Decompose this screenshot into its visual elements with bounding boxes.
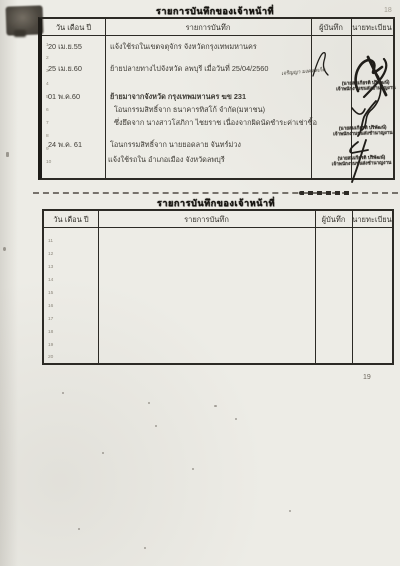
column-divider (98, 211, 99, 363)
document-title: รายการบันทึกของเจ้าหน้าที่ (40, 4, 390, 18)
entry-text: ซึ่งยึดจาก นางสาวโสภิกา ไชยราช เนื่องจาก… (114, 118, 317, 129)
scanned-document-page: รายการบันทึกของเจ้าหน้าที่ 18 วัน เดือน … (0, 0, 400, 566)
line-number: 12 (48, 252, 58, 257)
paper-speck (192, 468, 194, 470)
page-number-bottom: 19 (363, 374, 371, 381)
registrar-stamp: (นายสมเกียรติ ปริพัฒน์) เจ้าพนักงานขนส่ง… (336, 80, 396, 92)
registrar-stamp: (นายสมเกียรติ ปริพัฒน์) เจ้าพนักงานขนส่ง… (333, 125, 393, 137)
header-divider (42, 35, 393, 36)
line-number: 8 (46, 134, 56, 139)
line-number: 4 (46, 82, 56, 87)
paper-speck (102, 452, 104, 454)
paper-speck (155, 425, 157, 427)
entry-date: 20 เม.ย.55 (48, 42, 106, 53)
col-header-recorder: ผู้บันทึก (315, 214, 352, 226)
scan-artifact-notch (14, 30, 26, 37)
paper-speck (144, 547, 146, 549)
col-header-date: วัน เดือน ปี (42, 22, 105, 34)
line-number: 15 (48, 291, 58, 296)
line-number: 6 (46, 108, 56, 113)
page-number-top: 18 (384, 7, 392, 14)
entry-date: 25 เม.ย.60 (48, 64, 106, 75)
column-divider (352, 211, 353, 363)
line-number: 17 (48, 317, 58, 322)
paper-speck (148, 402, 150, 404)
line-number: 2 (46, 56, 56, 61)
col-header-recorder: ผู้บันทึก (311, 22, 351, 34)
entry-text: แจ้งใช้รถในเขตจตุจักร จังหวัดกรุงเทพมหาน… (110, 42, 257, 53)
col-header-record: รายการบันทึก (105, 22, 311, 34)
line-number: 10 (46, 160, 56, 165)
paper-speck (62, 392, 64, 394)
entry-text: แจ้งใช้รถใน อำเภอเมือง จังหวัดลพบุรี (108, 155, 225, 166)
line-number: 7 (46, 121, 56, 126)
dashed-separator-smudge (299, 191, 353, 195)
paper-speck (6, 152, 9, 157)
col-header-date: วัน เดือน ปี (44, 214, 98, 226)
line-number: 20 (48, 355, 58, 360)
col-header-record: รายการบันทึก (98, 214, 315, 226)
line-number: 16 (48, 304, 58, 309)
line-number: 13 (48, 265, 58, 270)
paper-speck (235, 418, 237, 420)
paper-speck (289, 510, 291, 512)
paper-speck (3, 247, 6, 251)
line-number: 14 (48, 278, 58, 283)
column-divider (311, 19, 312, 178)
col-header-registrar: นายทะเบียน (351, 22, 393, 34)
record-table-2: วัน เดือน ปี รายการบันทึก ผู้บันทึก นายท… (42, 209, 394, 365)
line-number: 18 (48, 330, 58, 335)
paper-speck (214, 405, 217, 407)
paper-speck (78, 528, 80, 530)
column-divider (315, 211, 316, 363)
line-number: 19 (48, 343, 58, 348)
header-divider (44, 227, 392, 228)
entry-text: ย้ายมาจากจังหวัด กรุงเทพมหานคร ฆข 231 (110, 92, 246, 103)
entry-date: 01 พ.ค.60 (48, 92, 106, 103)
entry-text: โอนกรรมสิทธิ์จาก ธนาคารทิสโก้ จำกัด(มหาช… (114, 105, 265, 116)
entry-date: 24 พ.ค. 61 (48, 140, 106, 151)
section2-title: รายการบันทึกของเจ้าหน้าที่ (42, 196, 390, 210)
registrar-stamp: (นายสมเกียรติ ปริพัฒน์) เจ้าพนักงานขนส่ง… (331, 155, 392, 168)
line-number: 11 (48, 239, 58, 244)
col-header-registrar: นายทะเบียน (352, 214, 392, 226)
entry-text: โอนกรรมสิทธิ์จาก นายยอดลาย จันทร์ม่วง (110, 140, 241, 151)
entry-text: ย้ายปลายทางไปจังหวัด ลพบุรี เมื่อวันที่ … (110, 64, 268, 75)
